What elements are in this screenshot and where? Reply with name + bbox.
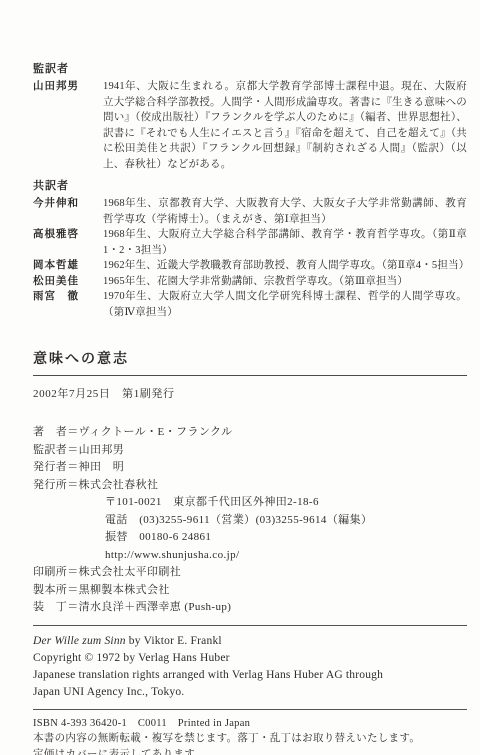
colophon-line-publisher-company: 発行所＝株式会社春秋社 [33, 477, 467, 495]
supervisor-section: 監訳者 山田邦男 1941年、大阪に生まれる。京都大学教育学部博士課程中退。現在… [33, 60, 467, 172]
translator-bio: 1968年生、京都教育大学、大阪教育大学、大阪女子大学非常勤講師、教育哲学専攻（… [103, 196, 467, 227]
original-title: Der Wille zum Sinn [33, 635, 126, 647]
rights-line-2: Japan UNI Agency Inc., Tokyo. [33, 684, 467, 701]
translator-row: 松田美佳 1965年生、花園大学非常勤講師、宗教哲学専攻。（第Ⅲ章担当） [33, 274, 467, 290]
publisher-address: 〒101-0021 東京都千代田区外神田2-18-6 [33, 494, 467, 512]
supervisor-entry: 山田邦男 1941年、大阪に生まれる。京都大学教育学部博士課程中退。現在、大阪府… [33, 79, 467, 172]
translator-row: 岡本哲雄 1962年生、近畿大学教職教育部助教授、教育人間学専攻。（第Ⅱ章4・5… [33, 258, 467, 274]
colophon-line-author: 著 者＝ヴィクトール・E・フランクル [33, 424, 467, 442]
translator-row: 今井伸和 1968年生、京都教育大学、大阪教育大学、大阪女子大学非常勤講師、教育… [33, 196, 467, 227]
publisher-phone: 電話 (03)3255-9611（営業）(03)3255-9614（編集） [33, 512, 467, 530]
translator-bio: 1968年生、大阪府立大学総合科学部講師、教育学・教育哲学専攻。（第Ⅱ章1・2・… [103, 227, 467, 258]
translator-row: 高根雅啓 1968年生、大阪府立大学総合科学部講師、教育学・教育哲学専攻。（第Ⅱ… [33, 227, 467, 258]
colophon-page: 監訳者 山田邦男 1941年、大阪に生まれる。京都大学教育学部博士課程中退。現在… [0, 0, 480, 755]
colophon-block: 著 者＝ヴィクトール・E・フランクル 監訳者＝山田邦男 発行者＝神田 明 発行所… [33, 424, 467, 617]
rights-line-1: Japanese translation rights arranged wit… [33, 667, 467, 684]
colophon-line-design: 装 丁＝清水良洋＋西澤幸恵 (Push-up) [33, 599, 467, 617]
translator-bio: 1962年生、近畿大学教職教育部助教授、教育人間学専攻。（第Ⅱ章4・5担当） [103, 258, 467, 274]
translator-bio: 1965年生、花園大学非常勤講師、宗教哲学専攻。（第Ⅲ章担当） [103, 274, 467, 290]
supervisor-bio: 1941年、大阪に生まれる。京都大学教育学部博士課程中退。現在、大阪府立大学総合… [103, 79, 467, 172]
colophon-line-publisher-person: 発行者＝神田 明 [33, 459, 467, 477]
book-title: 意味への意志 [33, 348, 467, 368]
isbn-line: ISBN 4-393 36420-1 C0011 Printed in Japa… [33, 716, 467, 732]
cotranslators-heading: 共訳者 [33, 177, 467, 193]
edition-date: 2002年7月25日 第1刷発行 [33, 385, 467, 401]
translator-name: 雨宮 徹 [33, 289, 103, 305]
copyright-block: Der Wille zum Sinn by Viktor E. Frankl C… [33, 633, 467, 701]
translator-bio: 1970年生、大阪府立大学人間文化学研究科博士課程、哲学的人間学専攻。（第Ⅳ章担… [103, 289, 467, 320]
supervisor-heading: 監訳者 [33, 60, 467, 76]
copyright-line: Copyright © 1972 by Verlag Hans Huber [33, 650, 467, 667]
price-notice: 定価はカバーに表示してあります [33, 747, 467, 755]
original-title-byline: by Viktor E. Frankl [126, 635, 222, 647]
title-divider [33, 375, 467, 376]
translator-name: 松田美佳 [33, 274, 103, 290]
reproduction-notice: 本書の内容の無断転載・複写を禁じます。落丁・乱丁はお取り替えいたします。 [33, 731, 467, 747]
translator-name: 岡本哲雄 [33, 258, 103, 274]
divider-bottom-copyright [33, 709, 467, 710]
cotranslators-section: 共訳者 今井伸和 1968年生、京都教育大学、大阪教育大学、大阪女子大学非常勤講… [33, 177, 467, 320]
colophon-line-binder: 製本所＝黒柳製本株式会社 [33, 582, 467, 600]
colophon-line-printer: 印刷所＝株式会社太平印刷社 [33, 564, 467, 582]
original-title-line: Der Wille zum Sinn by Viktor E. Frankl [33, 633, 467, 650]
divider-top-copyright [33, 625, 467, 626]
supervisor-name: 山田邦男 [33, 79, 103, 95]
publisher-url: http://www.shunjusha.co.jp/ [33, 547, 467, 565]
publisher-postal-transfer: 振替 00180-6 24861 [33, 529, 467, 547]
colophon-line-supervisor: 監訳者＝山田邦男 [33, 442, 467, 460]
translator-row: 雨宮 徹 1970年生、大阪府立大学人間文化学研究科博士課程、哲学的人間学専攻。… [33, 289, 467, 320]
imprint-block: ISBN 4-393 36420-1 C0011 Printed in Japa… [33, 716, 467, 755]
translator-name: 高根雅啓 [33, 227, 103, 243]
translator-name: 今井伸和 [33, 196, 103, 212]
